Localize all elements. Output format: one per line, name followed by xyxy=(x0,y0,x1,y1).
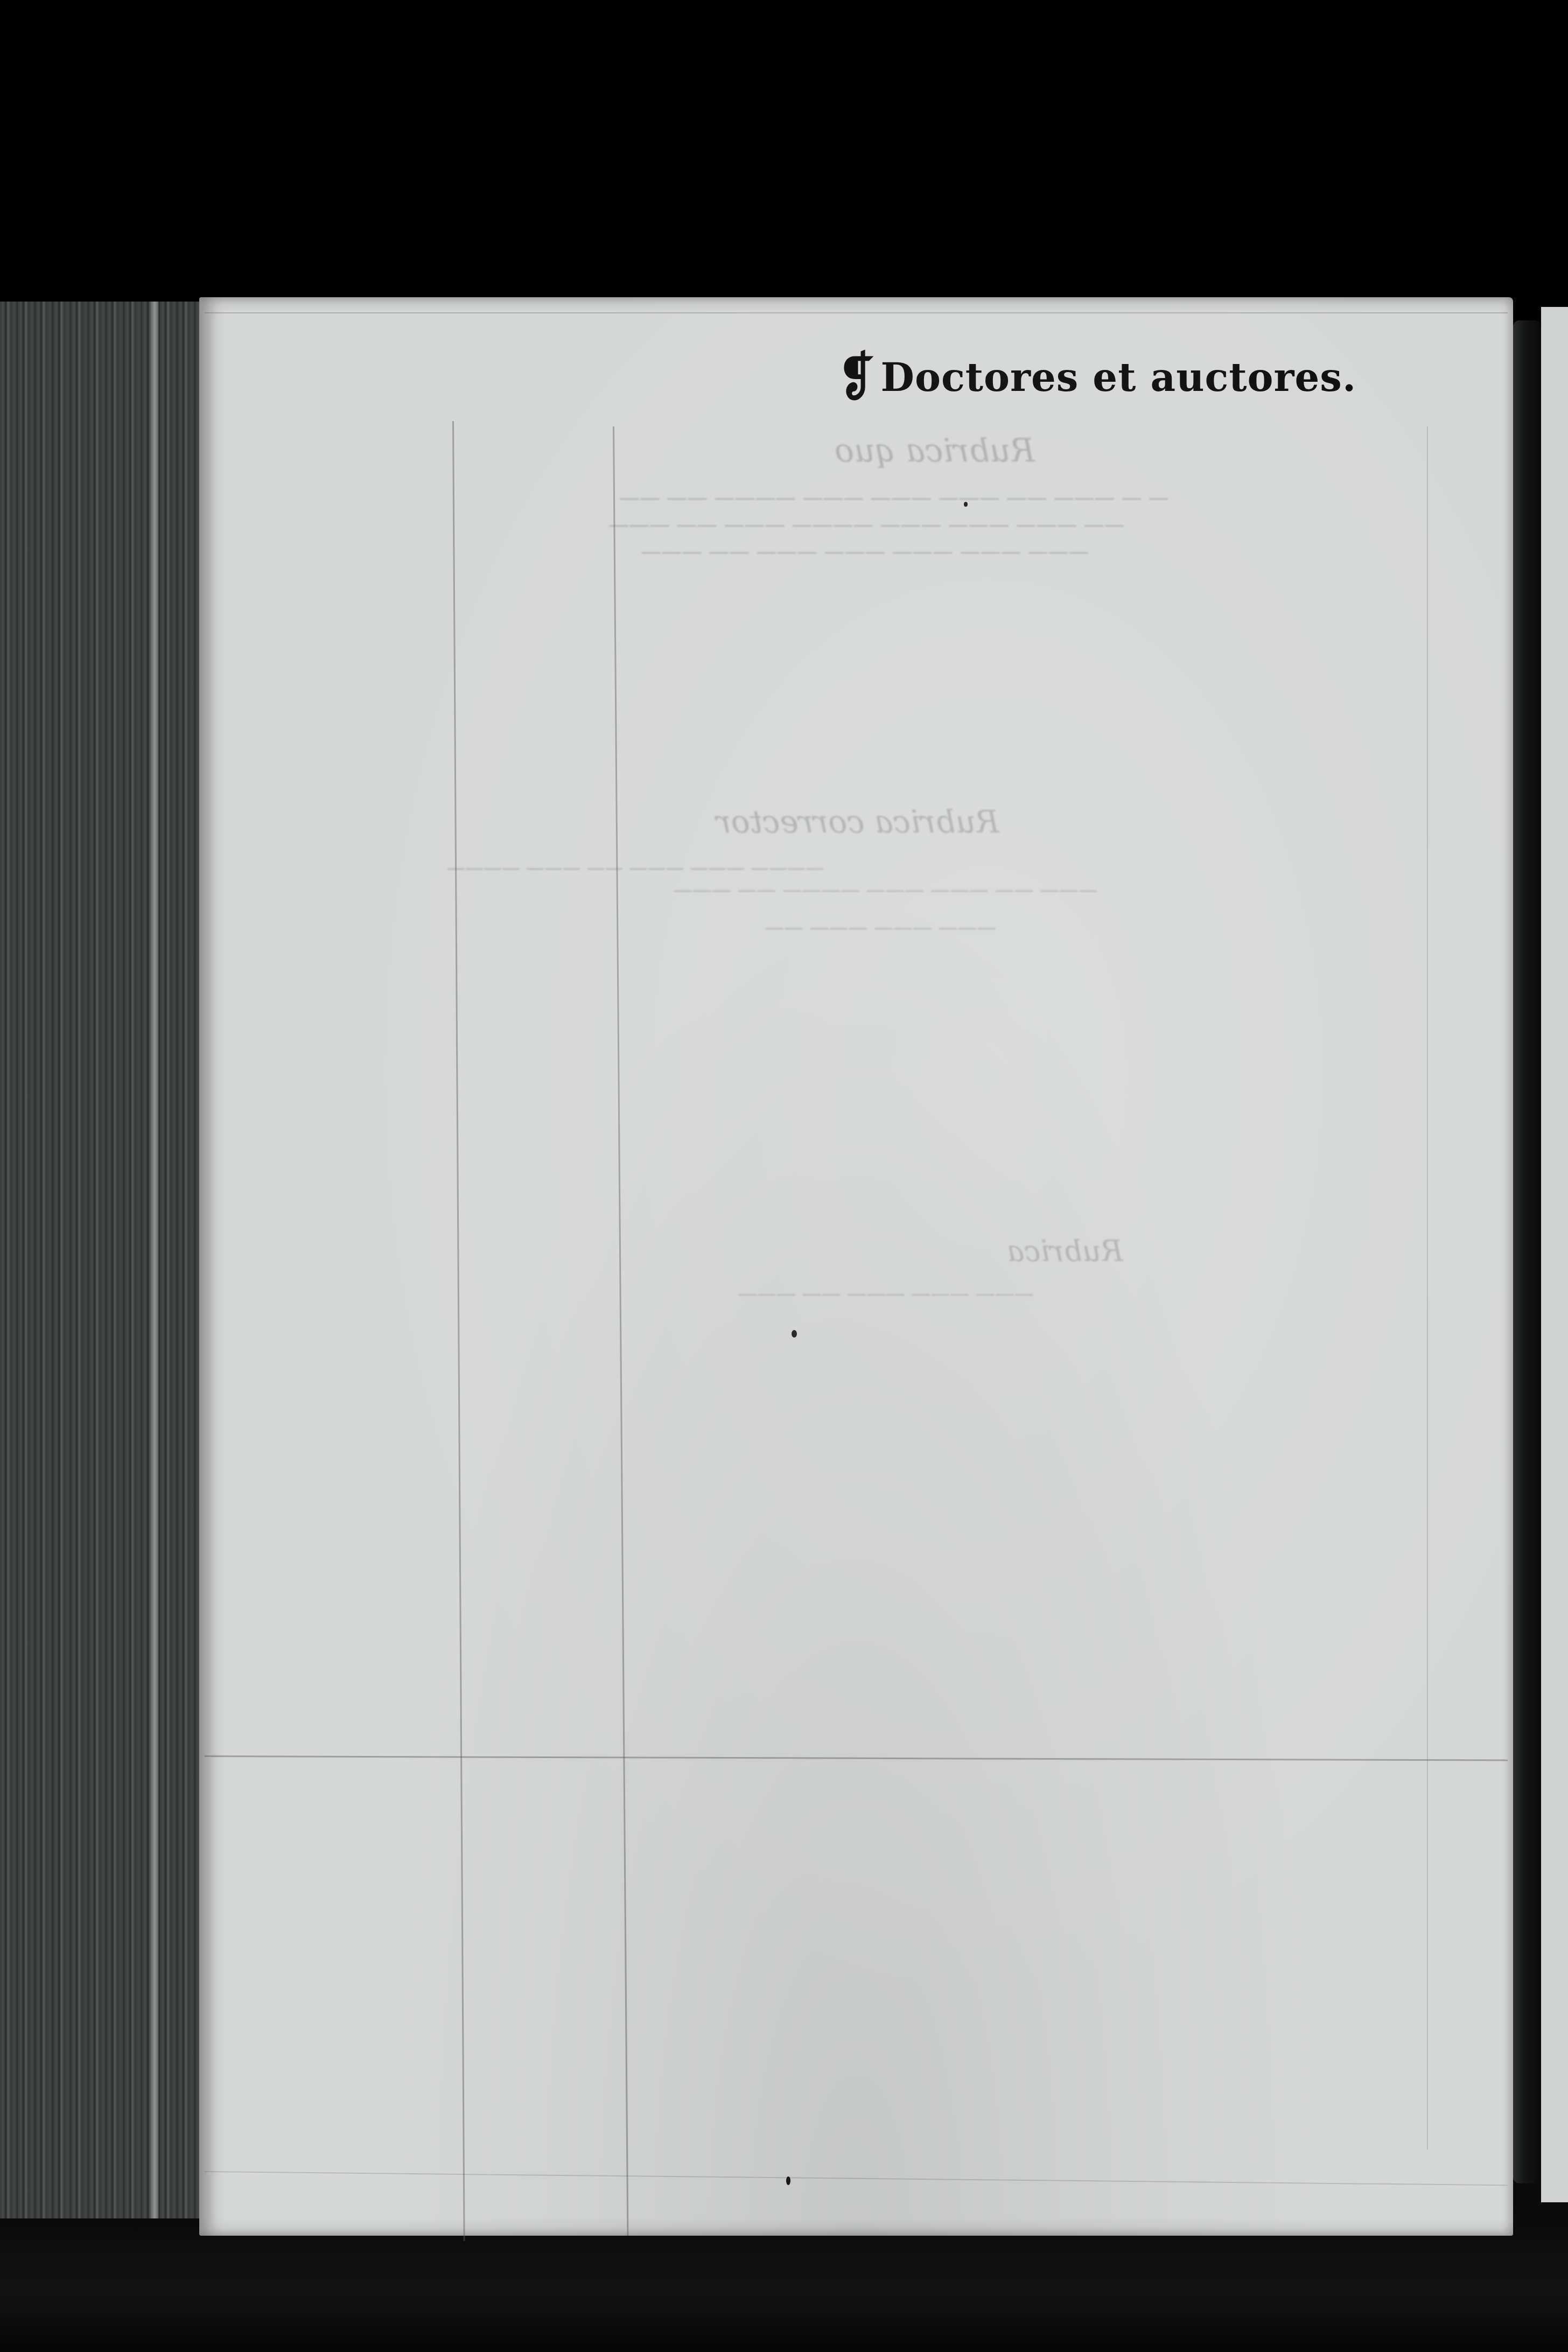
bleed-through-text: ——— ——— ——— ——— ——— —— ——— xyxy=(641,540,1089,563)
bleed-through-text: —— ——— ——— ——— ———— ——— —— ——— xyxy=(608,513,1125,536)
bleed-through-text: ——— —— ——— ——— ———— —— ——— xyxy=(673,879,1098,901)
bleed-through-text: — — ——— —— ——— ——— ——— ———— —— —— xyxy=(619,486,1169,509)
book-page: ❡ Doctores et auctores. Rubrica quo — — … xyxy=(199,297,1513,2236)
table-shadow xyxy=(0,2224,1568,2352)
ink-speck xyxy=(786,2176,790,2185)
book-fore-edge xyxy=(0,302,207,2218)
margin-rule-inner xyxy=(613,426,628,2236)
margin-rule-right xyxy=(1427,426,1428,2150)
top-rule-line xyxy=(205,312,1508,313)
book-gutter xyxy=(1513,320,1541,2183)
bleed-through-text: Rubrica quo xyxy=(835,432,1035,470)
page-heading: ❡ Doctores et auctores. xyxy=(835,351,1356,403)
margin-rule-left xyxy=(452,421,465,2241)
ink-speck xyxy=(964,502,968,507)
bleed-through-text: Rubrica xyxy=(1007,1234,1123,1268)
bleed-through-text: ——— ——— ——— —— xyxy=(765,916,996,939)
heading-text: Doctores et auctores. xyxy=(880,354,1356,400)
bleed-through-text: ———— ——— ——— —— ——— ———— xyxy=(447,857,824,879)
facing-page-edge xyxy=(1541,307,1568,2202)
horizontal-rule-line xyxy=(205,1755,1508,1761)
bottom-rule-line xyxy=(205,2171,1508,2186)
ink-speck xyxy=(792,1330,797,1338)
bleed-through-text: Rubrica corrector xyxy=(716,803,999,840)
fore-edge-highlight xyxy=(151,302,158,2218)
paragraph-mark-icon: ❡ xyxy=(838,351,875,403)
bleed-through-text: ——— ——— ——— —— ——— xyxy=(738,1283,1034,1305)
